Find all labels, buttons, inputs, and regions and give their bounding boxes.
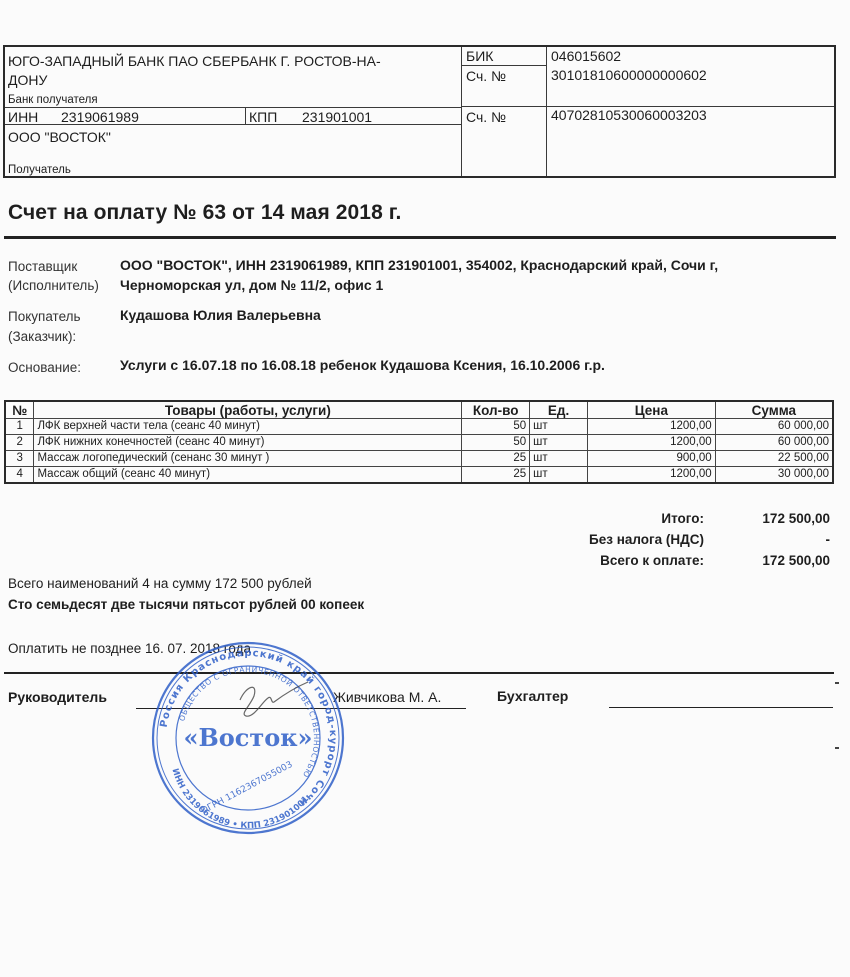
row-unit: шт: [530, 419, 588, 435]
buyer-value: Кудашова Юлия Валерьевна: [120, 306, 321, 324]
row-number: 4: [5, 467, 34, 484]
director-signature: [240, 682, 308, 716]
supplier-value: ООО "ВОСТОК", ИНН 2319061989, КПП 231901…: [120, 256, 718, 274]
stamp-company-name: «Восток»: [183, 723, 312, 752]
company-stamp: Россия Краснодарский край город-курорт С…: [150, 640, 346, 836]
accountant-label: Бухгалтер: [497, 688, 568, 704]
account-label: Сч. №: [466, 109, 506, 125]
svg-text:ИНН 2319061989 • КПП 231901001: ИНН 2319061989 • КПП 231901001: [169, 767, 311, 831]
subtotal-label: Итого:: [661, 511, 704, 526]
table-row: 2 ЛФК нижних конечностей (сеанс 40 минут…: [5, 435, 833, 451]
table-row: 1 ЛФК верхней части тела (сеанс 40 минут…: [5, 419, 833, 435]
col-header-sum: Сумма: [715, 401, 833, 419]
row-qty: 50: [462, 435, 530, 451]
margin-mark: [835, 682, 839, 684]
buyer-label-sub: (Заказчик):: [8, 328, 76, 346]
items-table: № Товары (работы, услуги) Кол-во Ед. Цен…: [4, 400, 834, 484]
row-unit: шт: [530, 467, 588, 484]
row-price: 1200,00: [588, 467, 716, 484]
row-number: 3: [5, 451, 34, 467]
col-header-unit: Ед.: [530, 401, 588, 419]
table-row: 3 Массаж логопедический (сенанс 30 минут…: [5, 451, 833, 467]
row-number: 2: [5, 435, 34, 451]
row-price: 1200,00: [588, 419, 716, 435]
basis-label: Основание:: [8, 359, 81, 377]
row-qty: 25: [462, 467, 530, 484]
title-divider: [4, 236, 836, 239]
invoice-title: Счет на оплату № 63 от 14 мая 2018 г.: [8, 201, 401, 225]
recipient-name: ООО "ВОСТОК": [8, 129, 111, 145]
table-row: 4 Массаж общий (сеанс 40 минут) 25 шт 12…: [5, 467, 833, 484]
subtotal-value: 172 500,00: [762, 511, 830, 526]
total-value: 172 500,00: [762, 553, 830, 568]
bank-label: Банк получателя: [8, 94, 98, 107]
supplier-address: Черноморская ул, дом № 11/2, офис 1: [120, 276, 383, 294]
account-value: 40702810530060003203: [551, 107, 707, 123]
row-price: 1200,00: [588, 435, 716, 451]
row-sum: 60 000,00: [715, 419, 833, 435]
row-sum: 22 500,00: [715, 451, 833, 467]
row-name: ЛФК нижних конечностей (сеанс 40 минут): [34, 435, 462, 451]
row-name: ЛФК верхней части тела (сеанс 40 минут): [34, 419, 462, 435]
basis-value: Услуги с 16.07.18 по 16.08.18 ребенок Ку…: [120, 356, 605, 374]
row-unit: шт: [530, 451, 588, 467]
corr-account-label: Сч. №: [466, 68, 506, 84]
bank-name-continued: ДОНУ: [8, 72, 47, 88]
bik-value: 046015602: [551, 48, 621, 64]
buyer-label: Покупатель: [8, 308, 81, 326]
row-name: Массаж общий (сеанс 40 минут): [34, 467, 462, 484]
accountant-signature-line: [609, 707, 833, 708]
corr-account-value: 30101810600000000602: [551, 67, 707, 83]
bik-label: БИК: [466, 48, 493, 64]
row-unit: шт: [530, 435, 588, 451]
kpp-value: 231901001: [302, 109, 372, 125]
total-label: Всего к оплате:: [600, 553, 704, 568]
row-qty: 25: [462, 451, 530, 467]
vat-value: -: [826, 532, 831, 547]
row-qty: 50: [462, 419, 530, 435]
amount-in-words: Сто семьдесят две тысячи пятьсот рублей …: [8, 597, 364, 612]
inn-value: 2319061989: [61, 109, 139, 125]
margin-mark: [835, 747, 839, 749]
row-number: 1: [5, 419, 34, 435]
col-header-qty: Кол-во: [462, 401, 530, 419]
items-count-line: Всего наименований 4 на сумму 172 500 ру…: [8, 576, 312, 591]
table-header-row: № Товары (работы, услуги) Кол-во Ед. Цен…: [5, 401, 833, 419]
stamp-ogrn: ОГРН 1162367055003: [200, 760, 295, 817]
supplier-label-sub: (Исполнитель): [8, 277, 99, 295]
row-sum: 30 000,00: [715, 467, 833, 484]
vat-label: Без налога (НДС): [589, 532, 704, 547]
kpp-label: КПП: [249, 109, 277, 125]
col-header-number: №: [5, 401, 34, 419]
recipient-label: Получатель: [8, 164, 71, 177]
director-label: Руководитель: [8, 689, 107, 705]
col-header-price: Цена: [588, 401, 716, 419]
director-name: Живчикова М. А.: [333, 689, 441, 705]
row-price: 900,00: [588, 451, 716, 467]
row-sum: 60 000,00: [715, 435, 833, 451]
bank-name: ЮГО-ЗАПАДНЫЙ БАНК ПАО СБЕРБАНК Г. РОСТОВ…: [8, 53, 381, 69]
bank-details-box: ЮГО-ЗАПАДНЫЙ БАНК ПАО СБЕРБАНК Г. РОСТОВ…: [3, 45, 836, 178]
supplier-label: Поставщик: [8, 258, 77, 276]
col-header-name: Товары (работы, услуги): [34, 401, 462, 419]
signature-divider: [4, 672, 834, 674]
inn-label: ИНН: [8, 109, 38, 125]
row-name: Массаж логопедический (сенанс 30 минут ): [34, 451, 462, 467]
